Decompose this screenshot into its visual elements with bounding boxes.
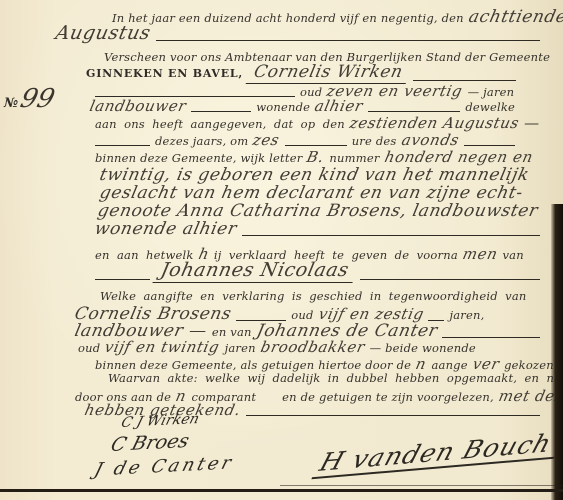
both-residing-printed: — beide wonende	[370, 341, 476, 355]
act-number-block: № 99	[4, 84, 54, 114]
line-hour: dezes jaars, om zes ure des avonds	[95, 131, 515, 149]
years-label-printed: jaren	[225, 341, 256, 355]
house-number-continued-gender: twintig, is geboren een kind van het man…	[98, 165, 531, 185]
blank-rule	[156, 39, 540, 41]
who-printed: dewelke	[465, 100, 515, 114]
hour-of-printed: ure des	[352, 134, 397, 148]
act-number: 99	[17, 84, 58, 114]
signature-witness1: C Broes	[108, 430, 191, 456]
house-number: honderd negen en	[383, 148, 535, 166]
line-occupation: landbouwer wonende alhier dewelke	[90, 97, 515, 115]
entry-month: Augustus	[54, 22, 153, 44]
deed-printed: Waarvan akte: welke wij dadelijk in dubb…	[108, 371, 561, 385]
district-letter: B.	[305, 148, 326, 166]
blank-rule	[360, 278, 540, 280]
declarant-residence: alhier	[313, 97, 365, 115]
age-label-printed: oud	[78, 341, 100, 355]
birth-record-scan: № 99 In het jaar een duizend acht honder…	[0, 0, 563, 500]
this-year-printed: dezes jaars, om	[155, 134, 248, 148]
chosen-suffix-printed: gekozen.	[504, 358, 558, 372]
line-month: Augustus	[56, 22, 540, 44]
line-witness2-details: oud vijf en twintig jaren broodbakker — …	[78, 338, 476, 356]
line-mother-residence: wonende alhier	[95, 219, 540, 239]
line-municipality: GINNEKEN EN BAVEL, Cornelis Wirken	[86, 62, 516, 84]
blank-rule	[368, 110, 460, 112]
age-label-printed: oud	[291, 308, 313, 322]
blank-rule	[242, 234, 540, 236]
years-label-printed: jaren,	[449, 308, 484, 322]
signature-registrar: H vanden Bouch	[311, 428, 563, 479]
time-of-day: avonds	[400, 131, 461, 149]
blank-rule	[413, 79, 516, 81]
line-parents-1: geslacht van hem declarant en van zijne …	[100, 183, 523, 203]
bottom-rule-secondary	[280, 485, 563, 486]
number-printed: nummer	[329, 151, 379, 165]
signature-witness2: J de Canter	[92, 452, 236, 480]
line-child-born: twintig, is geboren een kind van het man…	[100, 165, 529, 185]
district-printed: binnen deze Gemeente, wijk letter	[95, 151, 302, 165]
chosen-printed: binnen deze Gemeente, als getuigen hiert…	[95, 358, 411, 372]
mother-residence: wonende alhier	[93, 219, 239, 239]
gender-and-father: geslacht van hem declarant en van zijne …	[98, 183, 525, 203]
witness2-occupation: broodbakker	[259, 338, 367, 356]
blank-rule	[95, 278, 150, 280]
residing-printed: wonende	[256, 100, 310, 114]
witnesses-intro-printed: Welke aangifte en verklaring is geschied…	[100, 289, 527, 303]
and-of-printed: en van	[212, 325, 252, 339]
line-child-names: Johannes Nicolaas	[95, 259, 540, 283]
birth-date: zestienden Augustus —	[348, 114, 542, 132]
blank-rule	[464, 144, 515, 146]
declarer-prefix-printed: aange	[431, 358, 467, 372]
numero-sign: №	[4, 96, 18, 111]
witness2-age: vijf en twintig	[103, 338, 221, 356]
line-declared-date: aan ons heeft aangegeven, dat op den zes…	[95, 114, 540, 132]
blank-rule	[191, 110, 251, 112]
line-deed-made: Waarvan akte: welke wij dadelijk in dubb…	[108, 371, 561, 385]
child-given-names: Johannes Nicolaas	[152, 259, 357, 283]
declarant-occupation: landbouwer	[88, 97, 188, 115]
line-witnesses-intro: Welke aangifte en verklaring is geschied…	[100, 289, 527, 303]
declarant-name: Cornelis Wirken	[246, 62, 411, 84]
line-mother: genoote Anna Catharina Brosens, landbouw…	[98, 201, 538, 221]
birth-hour: zes	[251, 131, 281, 149]
declared-printed: aan ons heeft aangegeven, dat op den	[95, 117, 345, 131]
municipality-name: GINNEKEN EN BAVEL,	[86, 67, 243, 80]
blank-rule	[246, 414, 540, 416]
line-address: binnen deze Gemeente, wijk letter B. num…	[95, 148, 533, 166]
signature-declarant: C J Wirken	[119, 411, 201, 431]
blank-rule	[95, 144, 150, 146]
mother-name-occupation: genoote Anna Catharina Brosens, landbouw…	[96, 201, 540, 221]
blank-rule	[285, 144, 347, 146]
bottom-page-rule	[0, 489, 563, 492]
page-edge-shadow	[551, 204, 563, 500]
